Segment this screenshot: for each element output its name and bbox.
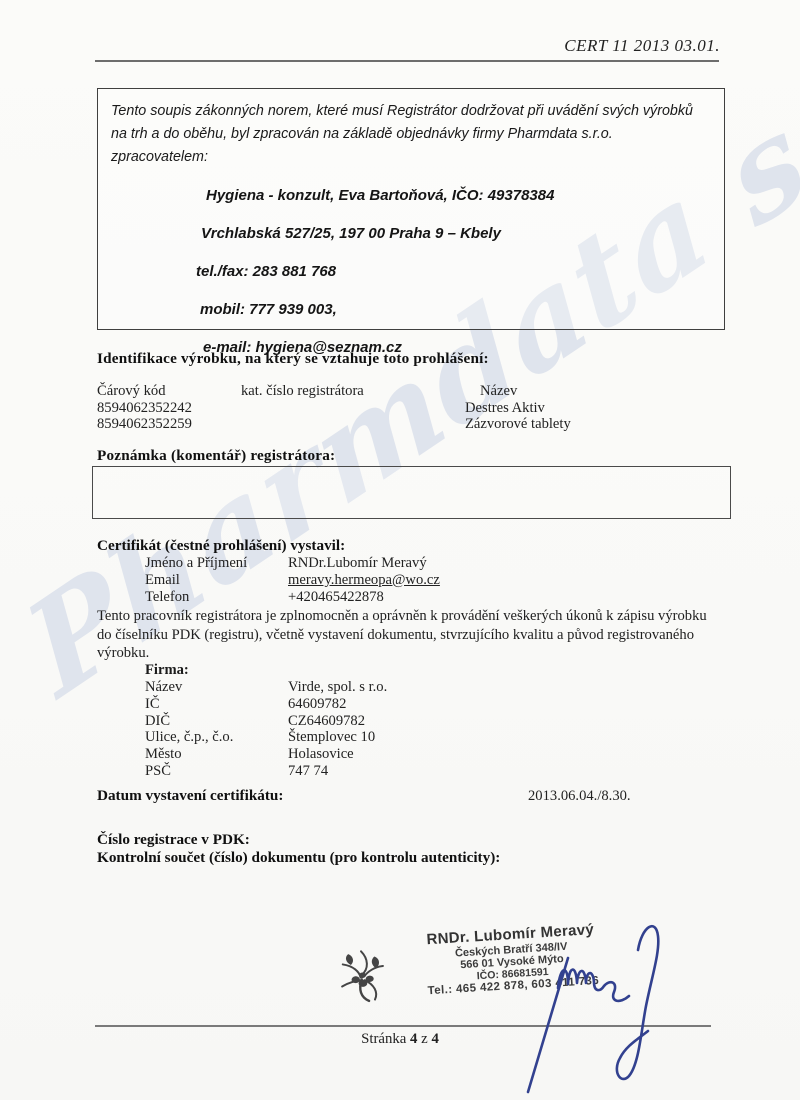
table-row-kat: [241, 416, 462, 433]
note-heading: Poznámka (komentář) registrátora:: [97, 447, 335, 465]
field-row: Telefon+420465422878: [145, 589, 723, 606]
issue-date-value: 2013.06.04./8.30.: [528, 788, 631, 805]
page-total: 4: [431, 1031, 438, 1047]
firma-dic: CZ64609782: [288, 713, 365, 729]
certificate-heading: Certifikát (čestné prohlášení) vystavil:: [97, 537, 723, 555]
identification-heading: Identifikace výrobku, na který se vztahu…: [97, 350, 489, 368]
field-label: PSČ: [145, 763, 288, 780]
field-label: Telefon: [145, 589, 288, 606]
field-label: Název: [145, 679, 288, 696]
note-box: [92, 466, 731, 519]
firma-street: Štemplovec 10: [288, 729, 375, 745]
field-row: PSČ747 74: [145, 763, 723, 780]
firma-heading: Firma:: [145, 662, 723, 679]
field-label: Ulice, č.p., č.o.: [145, 729, 288, 746]
header-rule: [95, 60, 719, 62]
table-row-name: Destres Aktiv: [462, 400, 677, 417]
issuer-phone: +420465422878: [288, 589, 384, 605]
field-row: Emailmeravy.hermeopa@wo.cz: [145, 572, 723, 589]
table-row-barcode: 8594062352242: [97, 400, 241, 417]
contact-telfax: tel./fax: 283 881 768: [196, 263, 724, 280]
field-label: DIČ: [145, 713, 288, 730]
table-row-name: Zázvorové tablety: [462, 416, 677, 433]
page-current: 4: [410, 1031, 417, 1047]
issue-date-label: Datum vystavení certifikátu:: [97, 787, 283, 804]
field-row: Ulice, č.p., č.o.Štemplovec 10: [145, 729, 723, 746]
field-row: IČ64609782: [145, 696, 723, 713]
handwritten-signature: [498, 912, 688, 1100]
table-row-barcode: 8594062352259: [97, 416, 241, 433]
page-label: Stránka: [361, 1031, 406, 1047]
field-row: NázevVirde, spol. s r.o.: [145, 679, 723, 696]
registration-number-label: Číslo registrace v PDK:: [97, 831, 250, 849]
page-separator: z: [421, 1031, 428, 1047]
scanned-certificate-page: Pharmdata s. r. o. CERT 11 2013 03.01. T…: [0, 0, 800, 1100]
firma-city: Holasovice: [288, 746, 354, 762]
column-header-kat: kat. číslo registrátora: [241, 383, 462, 400]
firma-name: Virde, spol. s r.o.: [288, 679, 387, 695]
contact-mobil: mobil: 777 939 003,: [200, 301, 724, 318]
authorization-paragraph: Tento pracovník registrátora je zplnomoc…: [97, 607, 719, 662]
field-label: Jméno a Příjmení: [145, 555, 288, 572]
issuer-email: meravy.hermeopa@wo.cz: [288, 572, 440, 588]
column-header-barcode: Čárový kód: [97, 383, 241, 400]
issue-date-row: Datum vystavení certifikátu: 2013.06.04.…: [97, 787, 723, 805]
field-row: Jméno a PříjmeníRNDr.Lubomír Meravý: [145, 555, 723, 572]
herb-stamp-icon: [330, 943, 396, 1009]
issuer-name: RNDr.Lubomír Meravý: [288, 555, 427, 571]
intro-paragraph: Tento soupis zákonných norem, které musí…: [111, 100, 710, 169]
field-label: IČ: [145, 696, 288, 713]
field-row: MěstoHolasovice: [145, 746, 723, 763]
field-row: DIČCZ64609782: [145, 713, 723, 730]
product-table: Čárový kód kat. číslo registrátora Název…: [97, 383, 677, 433]
field-label: Email: [145, 572, 288, 589]
intro-box: Tento soupis zákonných norem, které musí…: [97, 88, 725, 330]
field-label: Město: [145, 746, 288, 763]
table-row-kat: [241, 400, 462, 417]
firma-ic: 64609782: [288, 696, 346, 712]
contact-address: Vrchlabská 527/25, 197 00 Praha 9 – Kbel…: [201, 225, 724, 242]
certificate-block: Certifikát (čestné prohlášení) vystavil:…: [97, 537, 723, 780]
document-code: CERT 11 2013 03.01.: [564, 36, 720, 56]
column-header-name: Název: [462, 383, 677, 400]
firma-psc: 747 74: [288, 763, 328, 779]
contact-company: Hygiena - konzult, Eva Bartoňová, IČO: 4…: [206, 187, 724, 204]
checksum-label: Kontrolní součet (číslo) dokumentu (pro …: [97, 849, 500, 867]
